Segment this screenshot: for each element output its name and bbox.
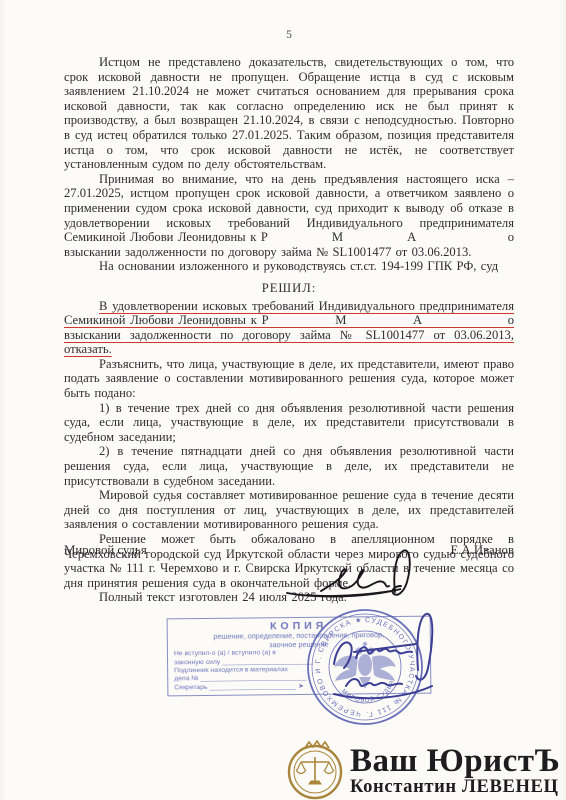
judge-title-label: Мировой судья [64, 543, 147, 558]
decision-heading: РЕШИЛ: [64, 281, 514, 296]
page-number: 5 [64, 29, 514, 41]
paragraph-deadline-item-2: 2) в течение пятнадцати дней со дня объя… [64, 444, 514, 488]
paragraph-deadline-item-1: 1) в течение трех дней со дня объявления… [64, 401, 514, 445]
paragraph-resolution: В удовлетворении исковых требований Инди… [64, 299, 514, 357]
paragraph-motivated-decision: Мировой судья составляет мотивированное … [64, 488, 514, 532]
document-body: Истцом не представлено доказательств, св… [64, 55, 514, 605]
logo-title: Ваш ЮристЪ [350, 745, 560, 777]
judge-name: Е.А.Иванов [450, 543, 514, 558]
clerk-signature-ink [320, 602, 450, 712]
scales-emblem-icon [286, 740, 344, 800]
judge-signature-ink [283, 544, 433, 606]
paragraph-legal-basis: На основании изложенного и руководствуяс… [64, 259, 514, 274]
document-page: 5 Истцом не представлено доказательств, … [0, 0, 566, 800]
law-firm-logo: Ваш ЮристЪ Константин ЛЕВЕНЕЦ [286, 740, 560, 800]
paragraph-taking-into-account: Принимая во внимание, что на день предъя… [64, 172, 514, 260]
paragraph-no-evidence: Истцом не представлено доказательств, св… [64, 55, 514, 172]
logo-subtitle: Константин ЛЕВЕНЕЦ [350, 777, 560, 796]
paragraph-explain-rights: Разъяснить, что лица, участвующие в деле… [64, 357, 514, 401]
